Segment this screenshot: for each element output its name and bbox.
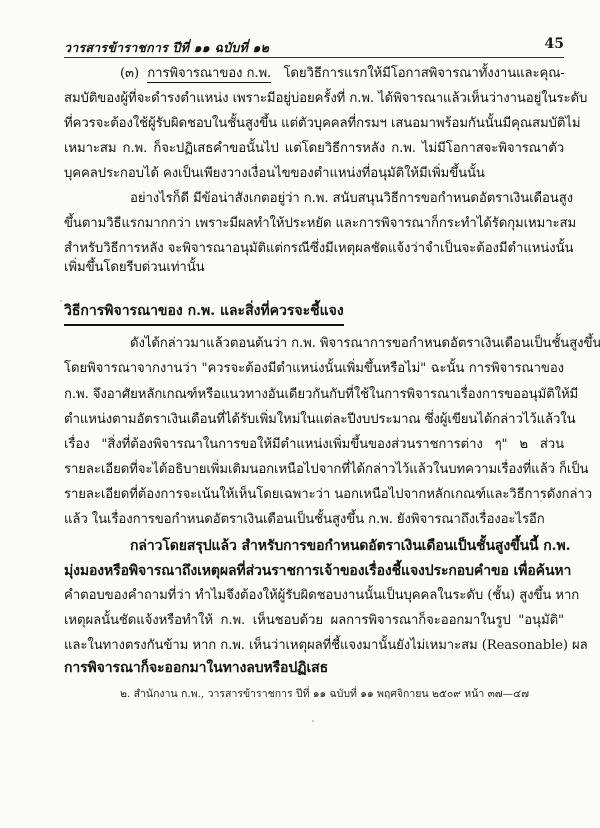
paragraph-3-line-8: แล้ว ในเรื่องการขอกำหนดอัตราเงินเดือนเป็… — [64, 512, 564, 528]
footnote: ๒. สำนักงาน ก.พ., วารสารข้าราชการ ปีที่ … — [120, 685, 529, 702]
paragraph-1-line-4: เหมาะสม ก.พ. ก็จะปฏิเสธคำขอนั้นไป แต่โดย… — [64, 141, 564, 157]
item-number: (๓) — [120, 66, 139, 81]
paragraph-3-line-5: เรื่อง "สิ่งที่ต้องพิจารณาในการขอให้มีตำ… — [64, 437, 564, 453]
paragraph-2-line-1: อย่างไรก็ดี มีข้อน่าสังเกตอยู่ว่า ก.พ. ส… — [130, 191, 564, 207]
paragraph-4-line-1: กล่าวโดยสรุปแล้ว สำหรับการขอกำหนดอัตราเง… — [130, 538, 564, 554]
paragraph-3-line-3: ก.พ. จึงอาศัยหลักเกณฑ์หรือแนวทางอันเดียว… — [64, 387, 564, 403]
paragraph-text: โดยวิธีการแรกให้มีโอกาสพิจารณาทั้งงานและ… — [283, 66, 564, 81]
paragraph-3-line-4: ตำแหน่งตามอัตราเงินเดือนที่ได้รับเพิ่มให… — [64, 412, 564, 428]
page-number: 45 — [545, 36, 564, 52]
paragraph-1-line-1: (๓) การพิจารณาของ ก.พ. โดยวิธีการแรกให้ม… — [120, 66, 564, 82]
paragraph-4-line-6: การพิจารณาก็จะออกมาในทางลบหรือปฏิเสธ — [64, 660, 564, 676]
paragraph-1-line-2: สมบัติของผู้ที่จะดำรงตำแหน่ง เพราะมีอยู่… — [64, 91, 564, 107]
item-heading: การพิจารณาของ ก.พ. — [147, 66, 271, 83]
paragraph-3-line-7: รายละเอียดที่ต้องการจะเน้นให้เห็นโดยเฉพา… — [64, 487, 564, 503]
paragraph-4-line-4: เหตุผลนั้นชัดแจ้งหรือทำให้ ก.พ. เห็นชอบด… — [64, 613, 564, 629]
paragraph-3-line-1: ดังได้กล่าวมาแล้วตอนต้นว่า ก.พ. พิจารณาก… — [130, 336, 564, 352]
journal-title: วารสารข้าราชการ ปีที่ ๑๑ ฉบับที่ ๑๒ — [64, 38, 269, 58]
paragraph-4-line-5: และในทางตรงกันข้าม หาก ก.พ. เห็นว่าเหตุผ… — [64, 638, 564, 654]
header-rule — [64, 57, 564, 58]
paragraph-2-line-3: สำหรับวิธีการหลัง จะพิจารณาอนุมัติแต่กรณ… — [64, 241, 564, 257]
paragraph-3-line-2: โดยพิจารณาจากงานว่า "ควรจะต้องมีตำแหน่งน… — [64, 361, 564, 377]
paragraph-1-line-5: บุคคลประกอบได้ คงเป็นเพียงวางเงื่อนไขของ… — [64, 166, 564, 182]
running-header: วารสารข้าราชการ ปีที่ ๑๑ ฉบับที่ ๑๒ 45 — [64, 36, 564, 56]
paragraph-4-line-3: คำตอบของคำถามที่ว่า ทำไมจึงต้องให้ผู้รับ… — [64, 588, 564, 604]
section-heading: วิธีการพิจารณาของ ก.พ. และสิ่งที่ควรจะชี… — [64, 300, 344, 326]
paragraph-2-line-2: ขึ้นตามวิธีแรกมากกว่า เพราะมีผลทำให้ประห… — [64, 216, 564, 232]
scan-speck — [312, 720, 314, 722]
paragraph-4-line-2: มุ่งมองหรือพิจารณาถึงเหตุผลที่ส่วนราชการ… — [64, 563, 564, 579]
document-page: วารสารข้าราชการ ปีที่ ๑๑ ฉบับที่ ๑๒ 45 (… — [0, 0, 600, 828]
scan-speck — [60, 300, 62, 302]
paragraph-2-line-4: เพิ่มขึ้นโดยรีบด่วนเท่านั้น — [64, 260, 564, 276]
paragraph-3-line-6: รายละเอียดที่จะได้อธิบายเพิ่มเติมนอกเหนื… — [64, 462, 564, 478]
paragraph-1-line-3: ที่ควรจะต้องใช้ผู้รับผิดชอบในชั้นสูงขึ้น… — [64, 116, 564, 132]
scan-speck — [540, 500, 542, 502]
